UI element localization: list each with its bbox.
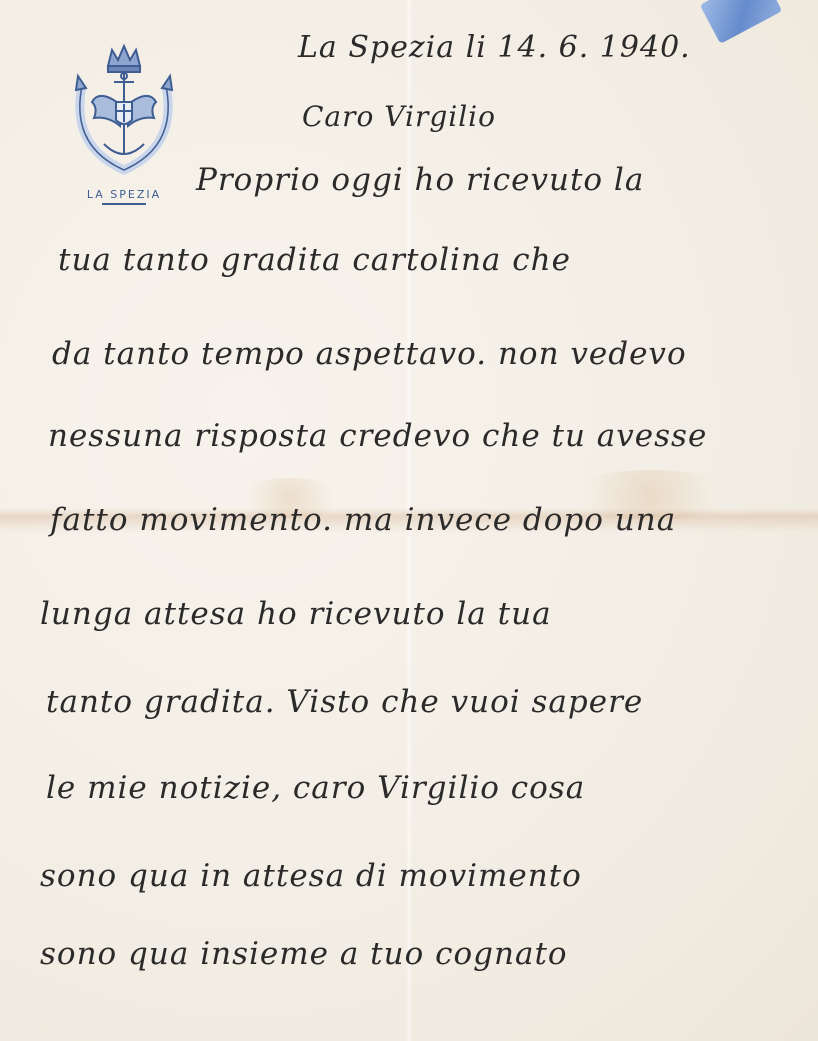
letter-body-line: lunga attesa ho ricevuto la tua	[40, 596, 552, 632]
letterhead-city: LA SPEZIA	[64, 188, 184, 201]
eagle-crest-icon	[64, 36, 184, 186]
letter-body-line: sono qua in attesa di movimento	[40, 858, 582, 894]
letter-body-line: nessuna risposta credevo che tu avesse	[48, 418, 707, 454]
letter-body-line: tanto gradita. Visto che vuoi sapere	[46, 684, 643, 720]
letter-body-line: sono qua insieme a tuo cognato	[40, 936, 568, 972]
letter-body-line: fatto movimento. ma invece dopo una	[50, 502, 676, 538]
letter-page: LA SPEZIA La Spezia li 14. 6. 1940. Caro…	[0, 0, 818, 1041]
letter-body-line: Proprio oggi ho ricevuto la	[196, 162, 644, 198]
blue-tape-corner	[700, 0, 782, 44]
letter-salutation: Caro Virgilio	[302, 100, 496, 133]
letter-body-line: le mie notizie, caro Virgilio cosa	[46, 770, 585, 806]
letterhead-crest: LA SPEZIA	[64, 36, 184, 206]
letterhead-rule	[102, 203, 146, 205]
letter-body-line: tua tanto gradita cartolina che	[58, 242, 571, 278]
letter-date: La Spezia li 14. 6. 1940.	[298, 30, 691, 65]
letter-body-line: da tanto tempo aspettavo. non vedevo	[52, 336, 687, 372]
